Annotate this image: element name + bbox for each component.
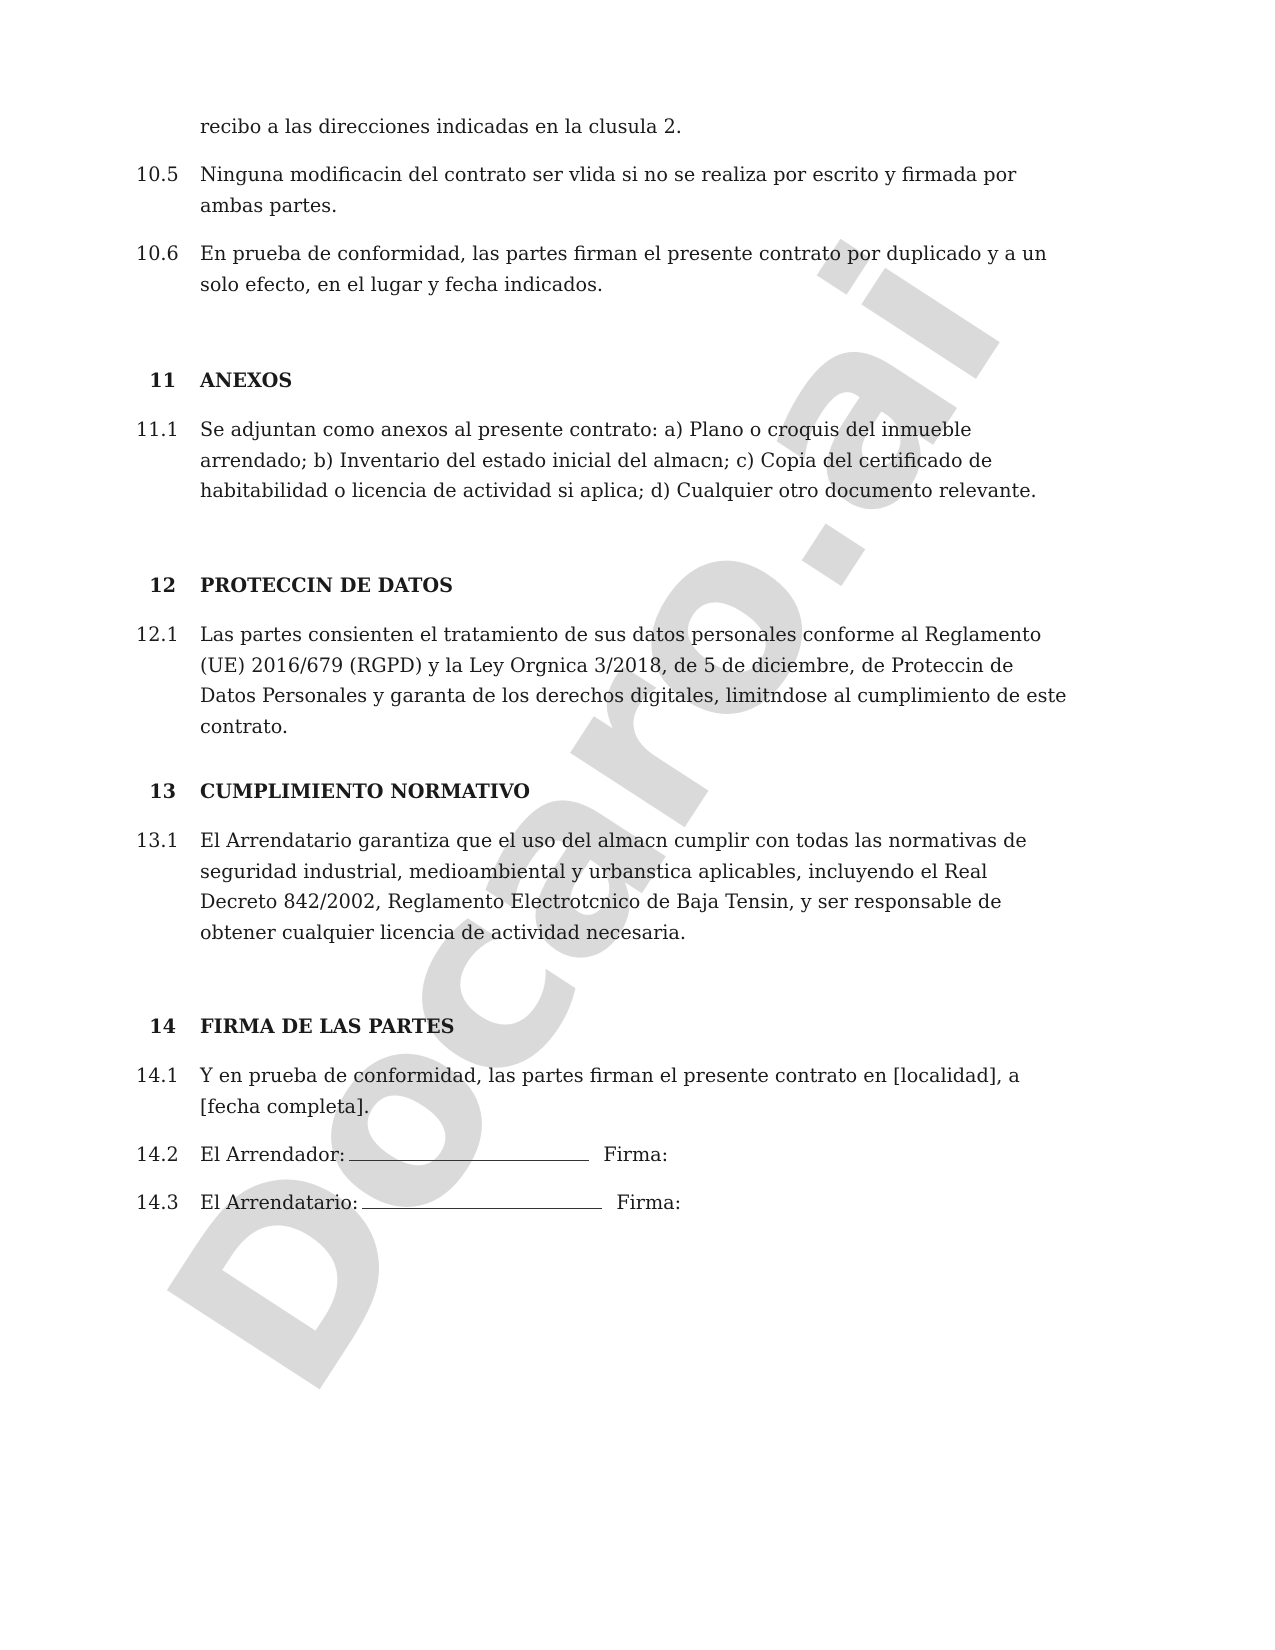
paragraph-text: recibo a las direcciones indicadas en la… bbox=[200, 112, 1116, 143]
signature-line[interactable] bbox=[362, 1188, 602, 1209]
clause-number: 10.6 bbox=[136, 239, 192, 270]
clause-11-1: 11.1 Se adjuntan como anexos al presente… bbox=[136, 415, 1116, 507]
signature-row: El Arrendador:Firma: bbox=[200, 1140, 1116, 1171]
clause-number: 12.1 bbox=[136, 620, 192, 651]
clause-10-5: 10.5 Ninguna modificacin del contrato se… bbox=[136, 160, 1116, 221]
clause-14-2: 14.2 El Arrendador:Firma: bbox=[136, 1140, 1116, 1171]
clause-10-6: 10.6 En prueba de conformidad, las parte… bbox=[136, 239, 1116, 300]
clause-number: 14.2 bbox=[136, 1140, 192, 1171]
section-number: 14 bbox=[136, 1012, 176, 1042]
clause-number: 10.5 bbox=[136, 160, 192, 191]
signatory-label: El Arrendador: bbox=[200, 1143, 345, 1166]
section-title: CUMPLIMIENTO NORMATIVO bbox=[200, 777, 1116, 807]
clause-text: Ninguna modificacin del contrato ser vli… bbox=[200, 160, 1050, 221]
clause-14-3: 14.3 El Arrendatario:Firma: bbox=[136, 1188, 1116, 1219]
clause-number: 14.1 bbox=[136, 1061, 192, 1092]
signatory-label: El Arrendatario: bbox=[200, 1191, 358, 1214]
clause-number: 11.1 bbox=[136, 415, 192, 446]
signature-label: Firma: bbox=[603, 1143, 668, 1166]
section-title: FIRMA DE LAS PARTES bbox=[200, 1012, 1116, 1042]
section-number: 13 bbox=[136, 777, 176, 807]
clause-text: Las partes consienten el tratamiento de … bbox=[200, 620, 1070, 742]
section-heading-11: 11 ANEXOS bbox=[136, 366, 1116, 396]
clause-number: 13.1 bbox=[136, 826, 192, 857]
signature-line[interactable] bbox=[349, 1140, 589, 1161]
clause-14-1: 14.1 Y en prueba de conformidad, las par… bbox=[136, 1061, 1116, 1122]
clause-text: En prueba de conformidad, las partes fir… bbox=[200, 239, 1060, 300]
section-number: 12 bbox=[136, 571, 176, 601]
document-page: Docaro.ai recibo a las direcciones indic… bbox=[0, 0, 1275, 1650]
clause-text: Y en prueba de conformidad, las partes f… bbox=[200, 1061, 1050, 1122]
signature-row: El Arrendatario:Firma: bbox=[200, 1188, 1116, 1219]
section-title: PROTECCIN DE DATOS bbox=[200, 571, 1116, 601]
clause-number: 14.3 bbox=[136, 1188, 192, 1219]
paragraph-continuation: recibo a las direcciones indicadas en la… bbox=[136, 112, 1116, 143]
clause-12-1: 12.1 Las partes consienten el tratamient… bbox=[136, 620, 1116, 742]
clause-13-1: 13.1 El Arrendatario garantiza que el us… bbox=[136, 826, 1116, 948]
section-heading-13: 13 CUMPLIMIENTO NORMATIVO bbox=[136, 777, 1116, 807]
section-heading-14: 14 FIRMA DE LAS PARTES bbox=[136, 1012, 1116, 1042]
signature-label: Firma: bbox=[616, 1191, 681, 1214]
section-heading-12: 12 PROTECCIN DE DATOS bbox=[136, 571, 1116, 601]
clause-text: El Arrendatario garantiza que el uso del… bbox=[200, 826, 1070, 948]
clause-text: Se adjuntan como anexos al presente cont… bbox=[200, 415, 1080, 507]
section-number: 11 bbox=[136, 366, 176, 396]
section-title: ANEXOS bbox=[200, 366, 1116, 396]
